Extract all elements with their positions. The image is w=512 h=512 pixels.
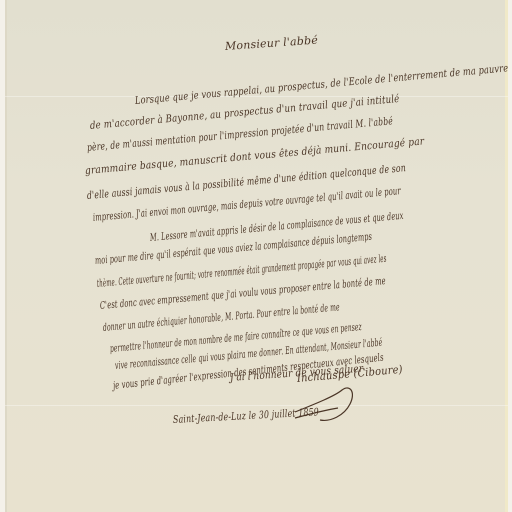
- letter-page: Monsieur l'abbé Lorsque que je vous rapp…: [5, 0, 508, 512]
- salutation: Monsieur l'abbé: [225, 34, 319, 53]
- paper-fold-line: [5, 405, 508, 406]
